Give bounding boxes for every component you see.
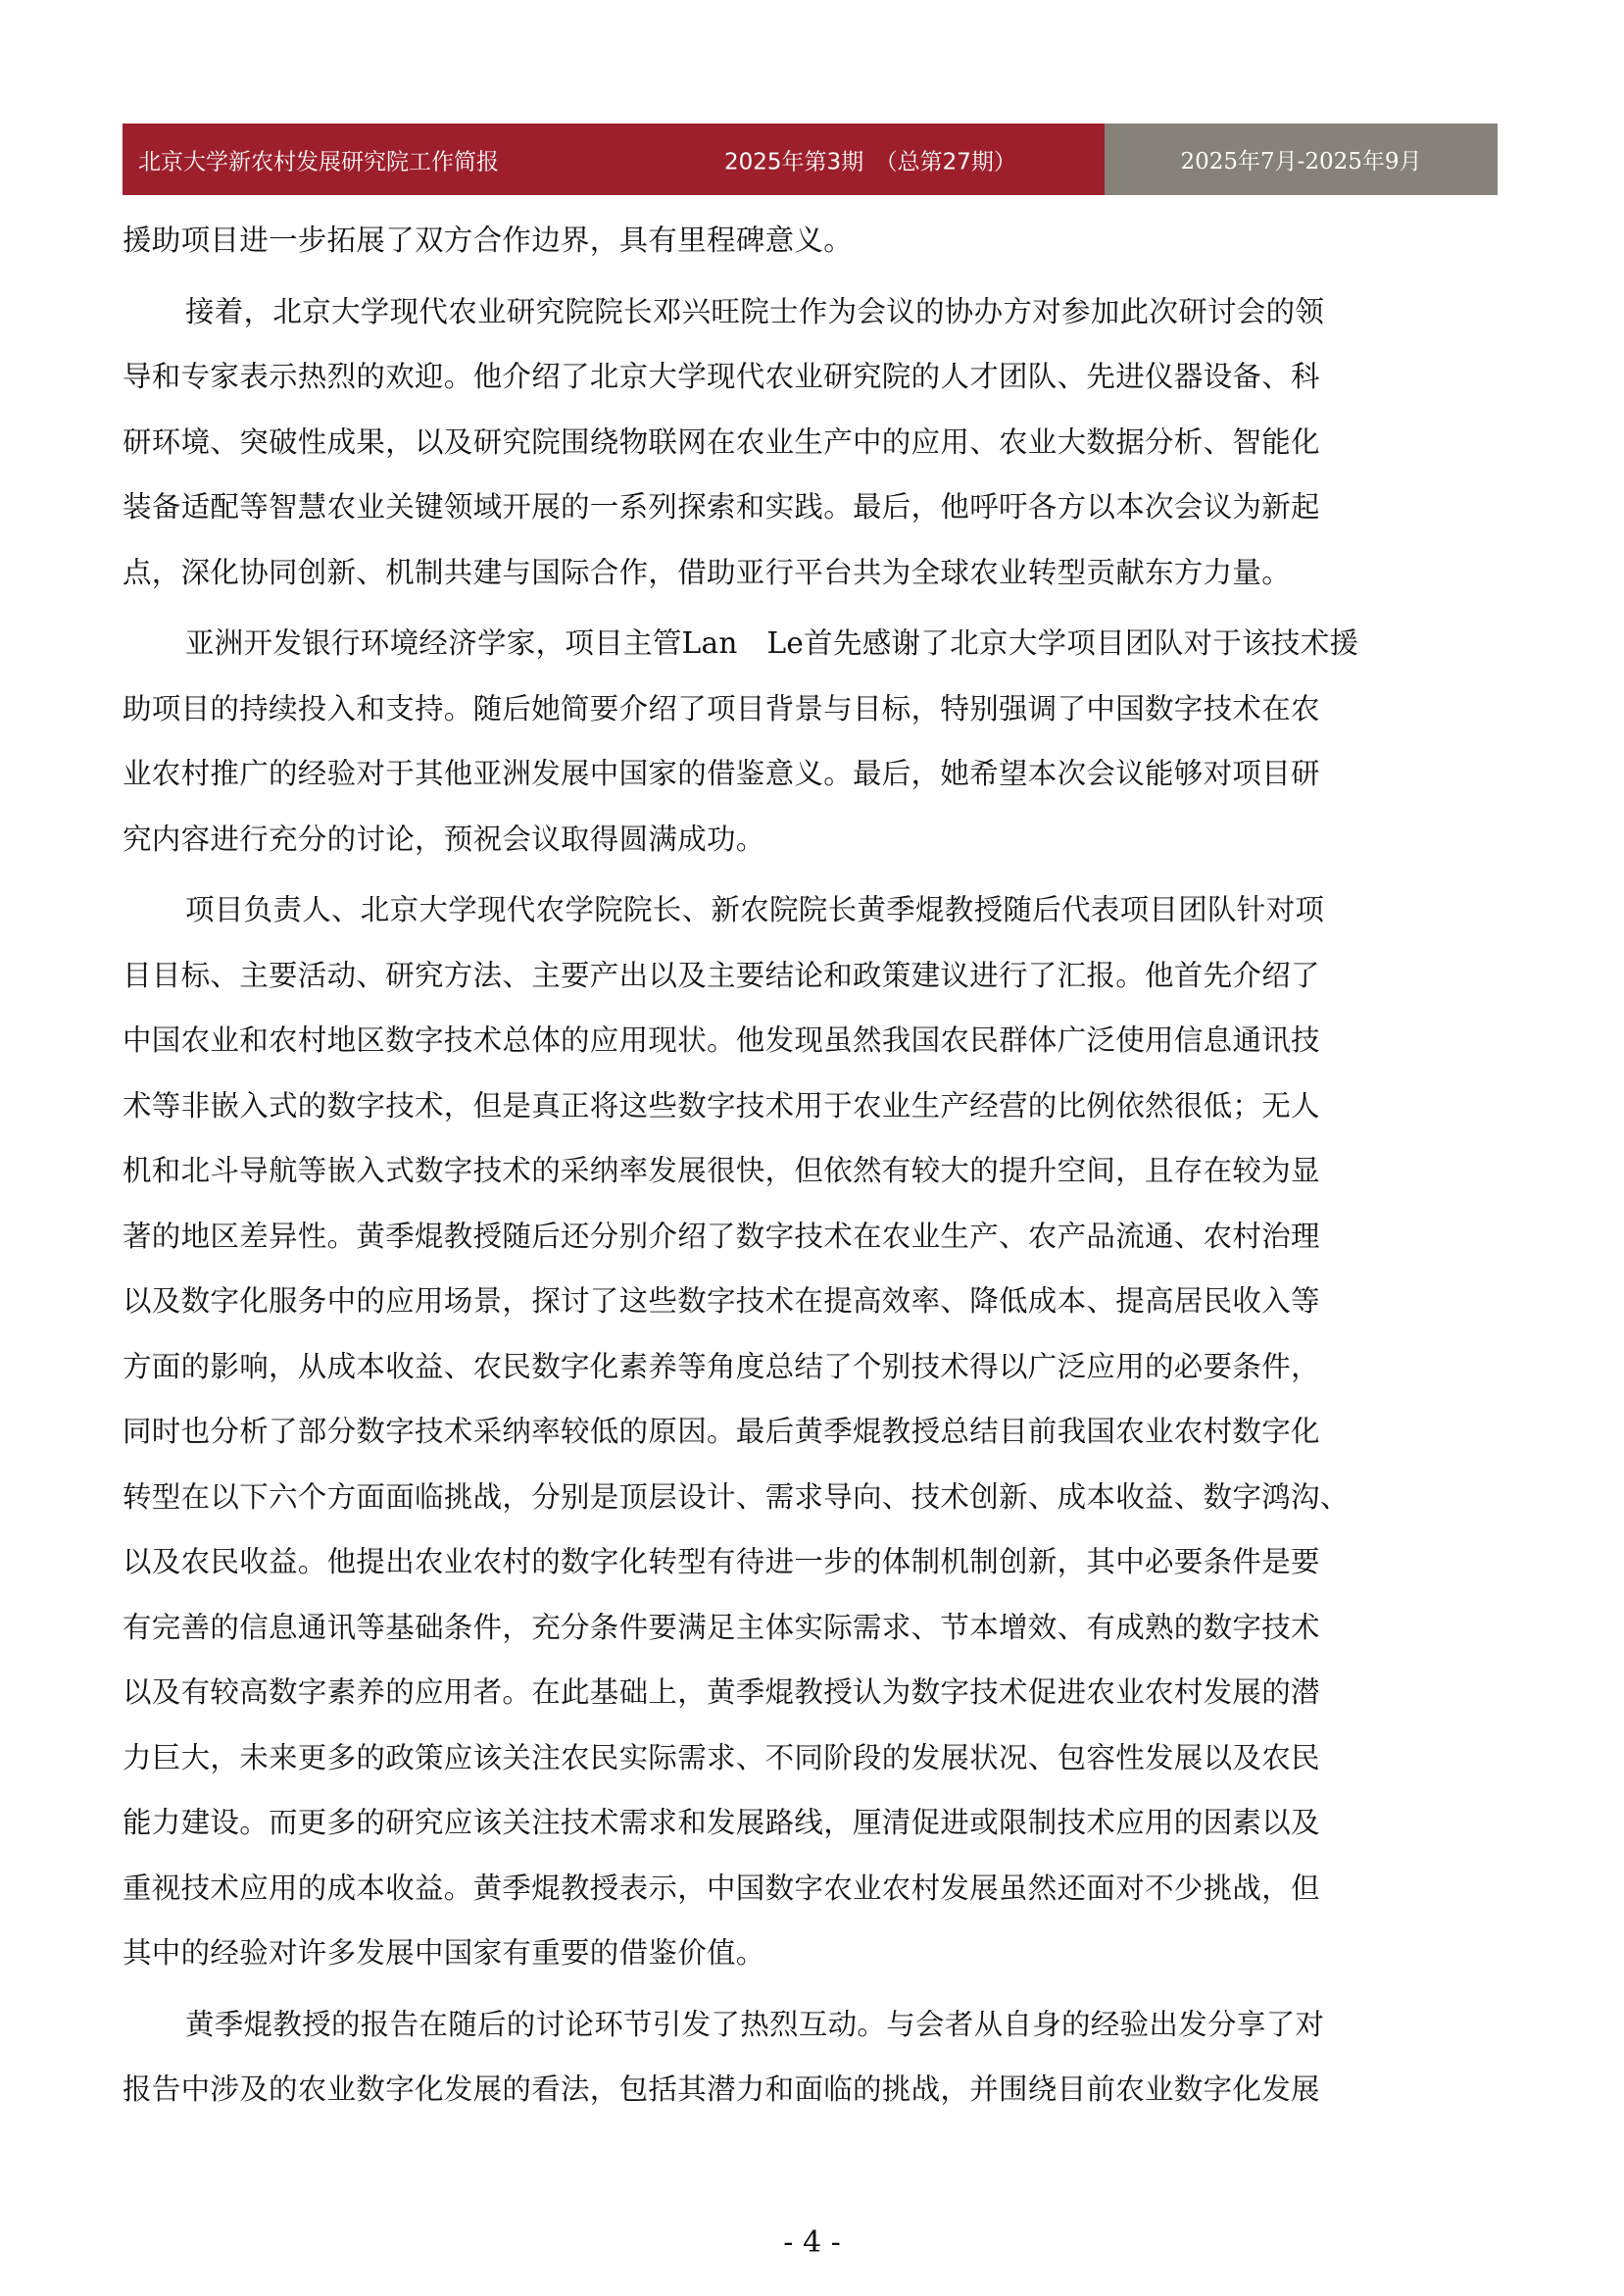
text-line: 术等非嵌入式的数字技术，但是真正将这些数字技术用于农业生产经营的比例依然很低；无… [123, 1073, 1529, 1139]
text-line: 报告中涉及的农业数字化发展的看法，包括其潜力和面临的挑战，并围绕目前农业数字化发… [123, 2057, 1529, 2122]
text-line: 亚洲开发银行环境经济学家，项目主管Lan Le首先感谢了北京大学项目团队对于该技… [123, 611, 1529, 676]
text-line: 黄季焜教授的报告在随后的讨论环节引发了热烈互动。与会者从自身的经验出发分享了对 [123, 1992, 1529, 2058]
paragraph: 接着，北京大学现代农业研究院院长邓兴旺院士作为会议的协办方对参加此次研讨会的领导… [123, 279, 1529, 606]
text-line: 力巨大，未来更多的政策应该关注农民实际需求、不同阶段的发展状况、包容性发展以及农… [123, 1725, 1529, 1791]
text-line: 究内容进行充分的讨论，预祝会议取得圆满成功。 [123, 807, 1529, 873]
text-line: 以及农民收益。他提出农业农村的数字化转型有待进一步的体制机制创新，其中必要条件是… [123, 1529, 1529, 1595]
text-line: 助项目的持续投入和支持。随后她简要介绍了项目背景与目标，特别强调了中国数字技术在… [123, 676, 1529, 742]
text-line: 点，深化协同创新、机制共建与国际合作，借助亚行平台共为全球农业转型贡献东方力量。 [123, 540, 1529, 606]
text-line: 目目标、主要活动、研究方法、主要产出以及主要结论和政策建议进行了汇报。他首先介绍… [123, 943, 1529, 1009]
text-line: 接着，北京大学现代农业研究院院长邓兴旺院士作为会议的协办方对参加此次研讨会的领 [123, 279, 1529, 345]
paragraph: 黄季焜教授的报告在随后的讨论环节引发了热烈互动。与会者从自身的经验出发分享了对报… [123, 1992, 1529, 2122]
text-line: 中国农业和农村地区数字技术总体的应用现状。他发现虽然我国农民群体广泛使用信息通讯… [123, 1008, 1529, 1073]
text-line: 项目负责人、北京大学现代农学院院长、新农院院长黄季焜教授随后代表项目团队针对项 [123, 877, 1529, 943]
text-line: 装备适配等智慧农业关键领域开展的一系列探索和实践。最后，他呼吁各方以本次会议为新… [123, 474, 1529, 540]
document-body: 援助项目进一步拓展了双方合作边界，具有里程碑意义。接着，北京大学现代农业研究院院… [123, 208, 1529, 2128]
text-line: 其中的经验对许多发展中国家有重要的借鉴价值。 [123, 1921, 1529, 1986]
header-title-block: 北京大学新农村发展研究院工作简报 2025年第3期 （总第27期） [123, 124, 1105, 195]
text-line: 能力建设。而更多的研究应该关注技术需求和发展路线，厘清促进或限制技术应用的因素以… [123, 1790, 1529, 1856]
text-line: 机和北斗导航等嵌入式数字技术的采纳率发展很快，但依然有较大的提升空间，且存在较为… [123, 1138, 1529, 1204]
text-line: 研环境、突破性成果，以及研究院围绕物联网在农业生产中的应用、农业大数据分析、智能… [123, 410, 1529, 475]
text-line: 重视技术应用的成本收益。黄季焜教授表示，中国数字农业农村发展虽然还面对不少挑战，… [123, 1856, 1529, 1922]
text-line: 著的地区差异性。黄季焜教授随后还分别介绍了数字技术在农业生产、农产品流通、农村治… [123, 1204, 1529, 1270]
paragraph: 亚洲开发银行环境经济学家，项目主管Lan Le首先感谢了北京大学项目团队对于该技… [123, 611, 1529, 872]
page-number: - 4 - [0, 2225, 1624, 2260]
text-line: 同时也分析了部分数字技术采纳率较低的原因。最后黄季焜教授总结目前我国农业农村数字… [123, 1399, 1529, 1465]
issue-number: 2025年第3期 （总第27期） [724, 143, 1016, 175]
text-line: 以及数字化服务中的应用场景，探讨了这些数字技术在提高效率、降低成本、提高居民收入… [123, 1269, 1529, 1334]
text-line: 业农村推广的经验对于其他亚洲发展中国家的借鉴意义。最后，她希望本次会议能够对项目… [123, 741, 1529, 807]
header-period-block: 2025年7月-2025年9月 [1105, 124, 1498, 195]
text-line: 援助项目进一步拓展了双方合作边界，具有里程碑意义。 [123, 208, 1529, 274]
newsletter-header-bar: 北京大学新农村发展研究院工作简报 2025年第3期 （总第27期） 2025年7… [123, 124, 1498, 195]
paragraph: 援助项目进一步拓展了双方合作边界，具有里程碑意义。 [123, 208, 1529, 274]
newsletter-title: 北京大学新农村发展研究院工作简报 [138, 143, 499, 175]
text-line: 转型在以下六个方面面临挑战，分别是顶层设计、需求导向、技术创新、成本收益、数字鸿… [123, 1465, 1529, 1530]
text-line: 有完善的信息通讯等基础条件，充分条件要满足主体实际需求、节本增效、有成熟的数字技… [123, 1595, 1529, 1661]
paragraph: 项目负责人、北京大学现代农学院院长、新农院院长黄季焜教授随后代表项目团队针对项目… [123, 877, 1529, 1986]
issue-period: 2025年7月-2025年9月 [1180, 143, 1421, 175]
text-line: 方面的影响，从成本收益、农民数字化素养等角度总结了个别技术得以广泛应用的必要条件… [123, 1334, 1529, 1400]
text-line: 导和专家表示热烈的欢迎。他介绍了北京大学现代农业研究院的人才团队、先进仪器设备、… [123, 344, 1529, 410]
text-line: 以及有较高数字素养的应用者。在此基础上，黄季焜教授认为数字技术促进农业农村发展的… [123, 1660, 1529, 1725]
